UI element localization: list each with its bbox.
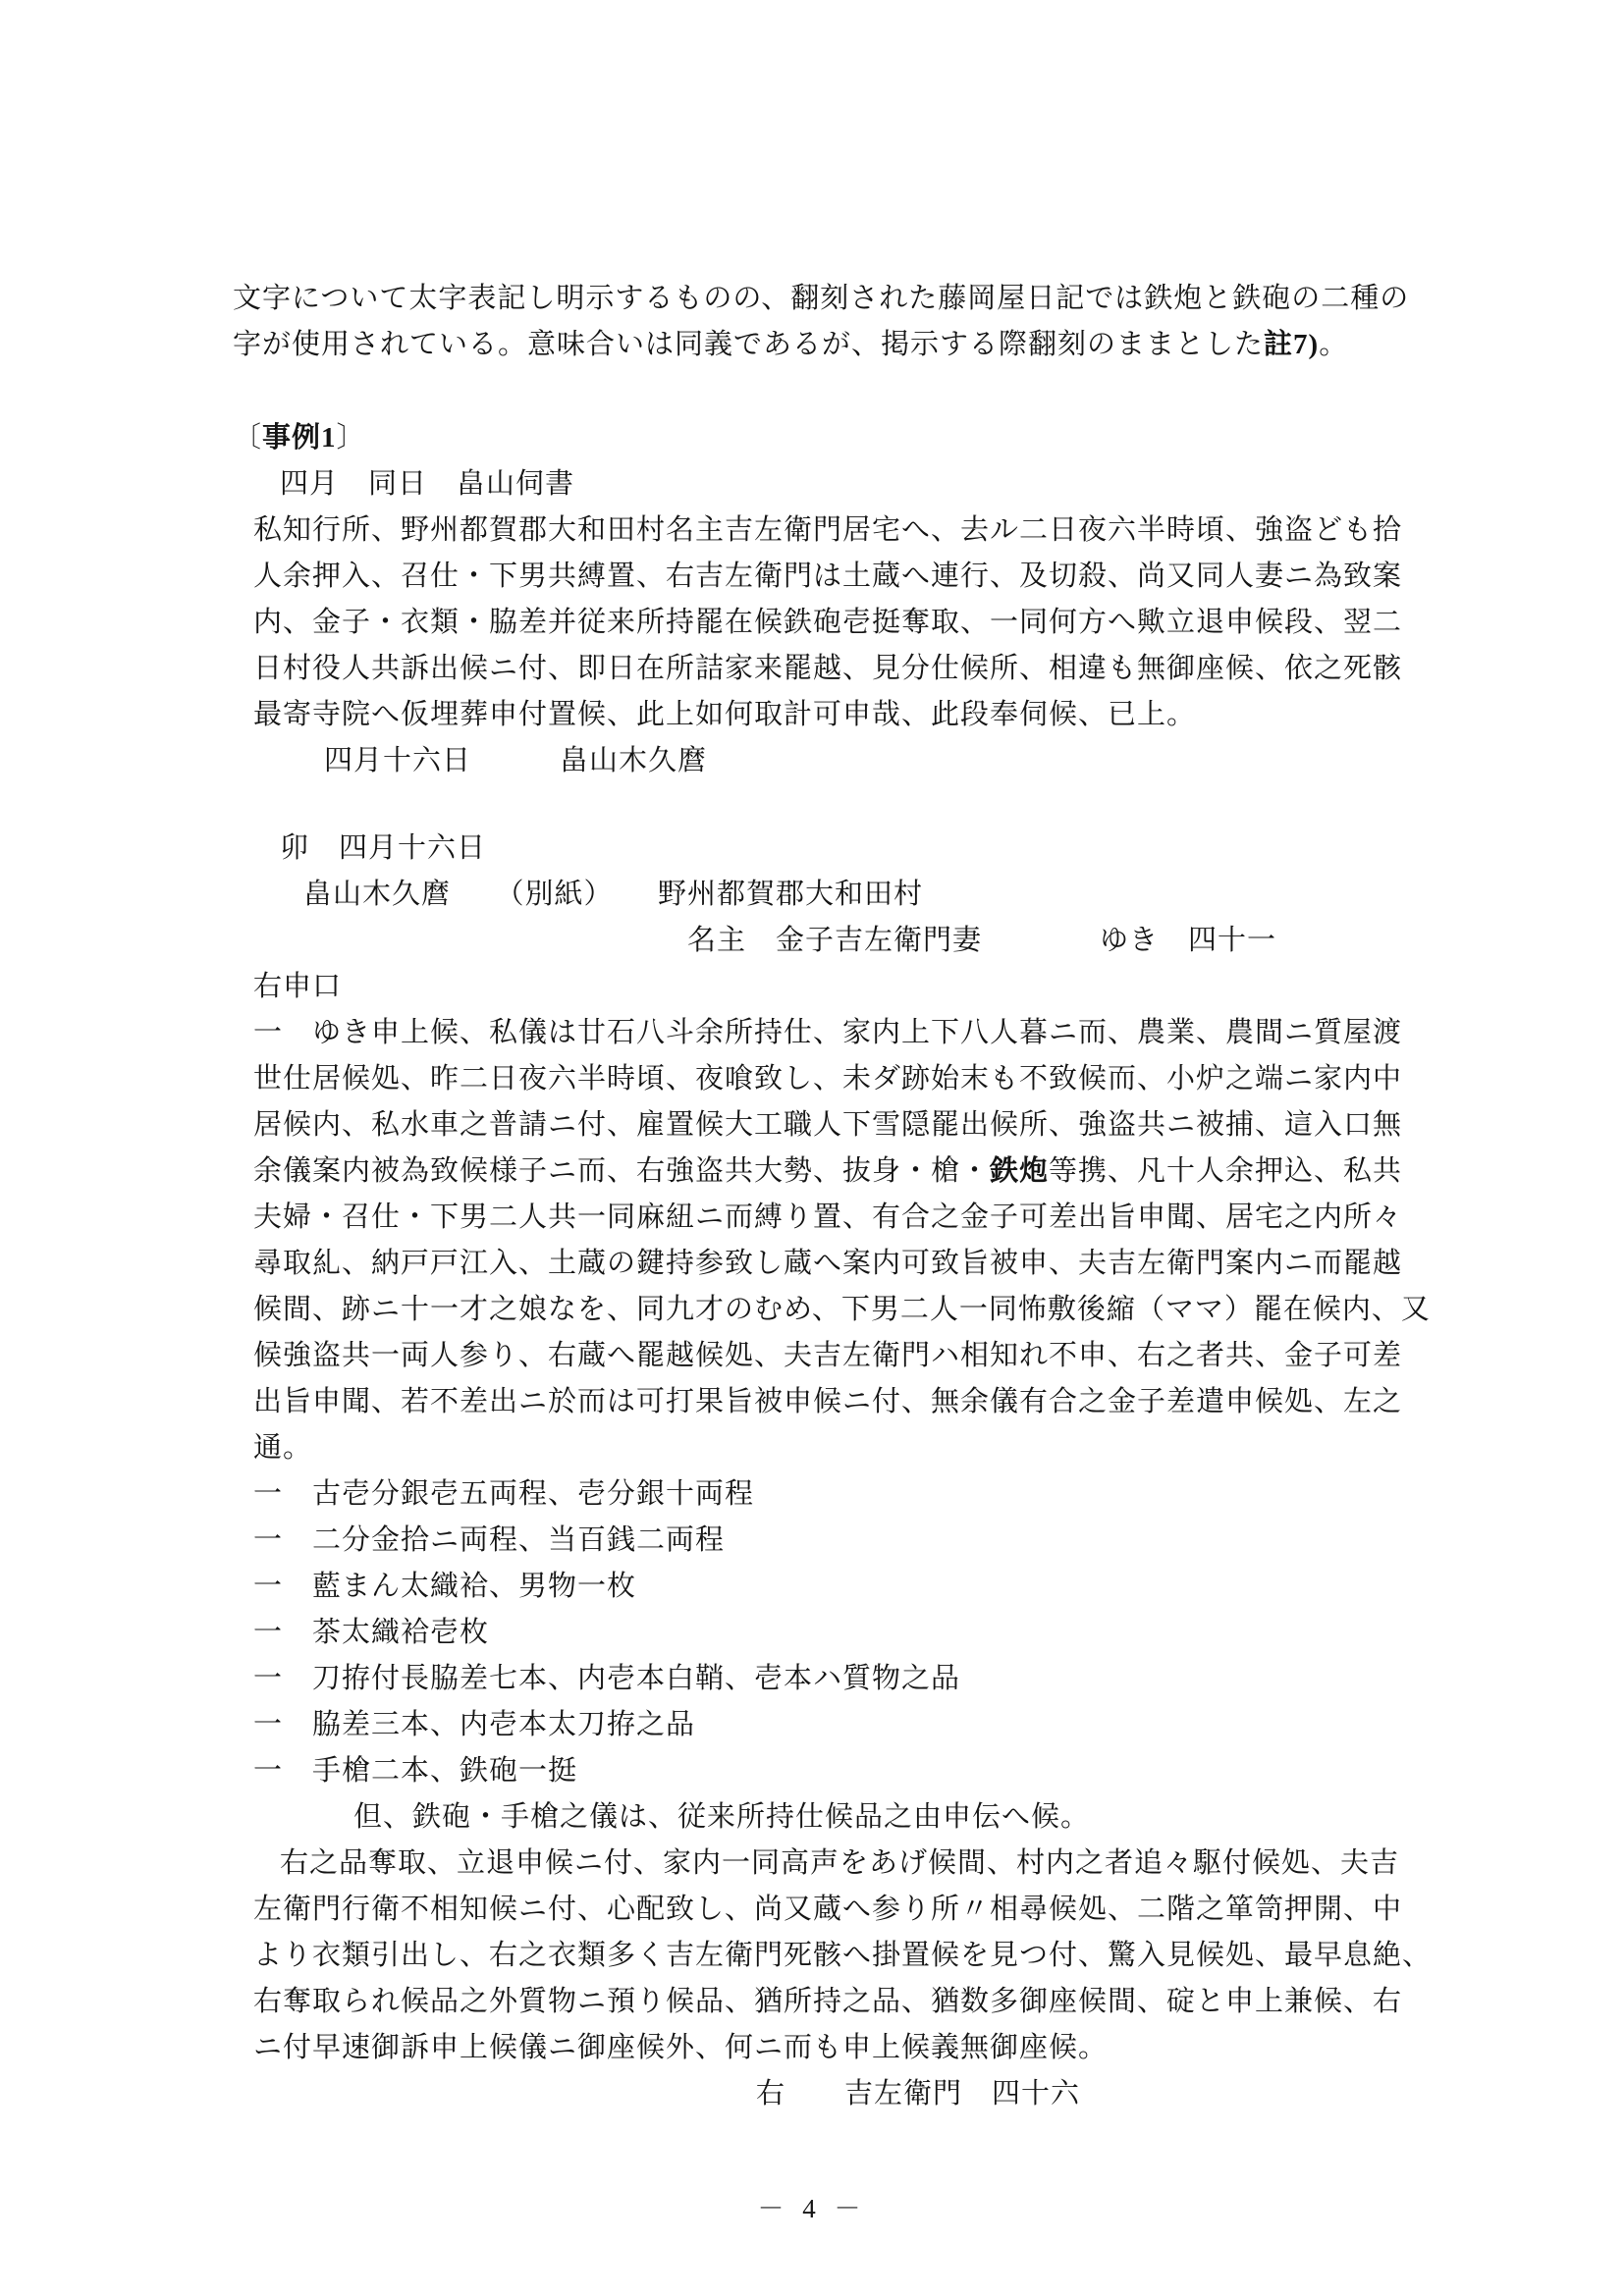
case-heading: 〔事例1〕 <box>233 415 1421 461</box>
text-line: 通。 <box>233 1425 1421 1471</box>
text-run: 余儀案内被為致候様子ニ而、右強盗共大勢、抜身・槍・ <box>253 1155 990 1187</box>
list-item: 一 手槍二本、鉄砲一挺 <box>233 1748 1421 1794</box>
list-item: 一 藍まん太織袷、男物一枚 <box>233 1564 1421 1610</box>
document-page: 文字について太字表記し明示するものの、翻刻された藤岡屋日記では鉄炮と鉄砲の二種の… <box>0 0 1624 2296</box>
text-run: 等携、凡十人余押込、私共 <box>1049 1155 1402 1187</box>
list-item: 一 二分金拾ニ両程、当百銭二両程 <box>233 1518 1421 1564</box>
text-line: 最寄寺院へ仮埋葬申付置候、此上如何取計可申哉、此段奉伺候、已上。 <box>233 692 1421 738</box>
text-line: 尋取糺、納戸戸江入、土蔵の鍵持参致し蔵へ案内可致旨被申、夫吉左衛門案内ニ而罷越 <box>233 1241 1421 1287</box>
document-body: 文字について太字表記し明示するものの、翻刻された藤岡屋日記では鉄炮と鉄砲の二種の… <box>233 276 1421 2117</box>
text-line: 私知行所、野州都賀郡大和田村名主吉左衛門居宅へ、去ル二日夜六半時頃、強盗ども拾 <box>233 507 1421 554</box>
text-line: 日村役人共訴出候ニ付、即日在所詰家来罷越、見分仕候所、相違も無御座候、依之死骸 <box>233 646 1421 692</box>
page-number: － 4 － <box>0 2187 1624 2225</box>
text-run: 。 <box>1319 329 1348 360</box>
bracket: 〔 <box>233 422 262 454</box>
list-item: 一 古壱分銀壱五両程、壱分銀十両程 <box>233 1471 1421 1518</box>
text-line: 候間、跡ニ十一才之娘なを、同九才のむめ、下男二人一同怖敷後縮（ママ）罷在候内、又 <box>233 1287 1421 1333</box>
text-line: 右之品奪取、立退申候ニ付、家内一同高声をあげ候間、村内之者追々駆付候処、夫吉 <box>233 1841 1421 1887</box>
list-item: 一 刀拵付長脇差七本、内壱本白鞘、壱本ハ質物之品 <box>233 1656 1421 1702</box>
text-run: 字が使用されている。意味合いは同義であるが、掲示する際翻刻のままとした <box>233 329 1264 360</box>
text-line: 左衛門行衛不相知候ニ付、心配致し、尚又蔵へ参り所〃相尋候処、二階之箪笥押開、中 <box>233 1887 1421 1933</box>
statement-signature-line: 右 吉左衛門 四十六 <box>233 2071 1421 2117</box>
text-line: 人余押入、召仕・下男共縛置、右吉左衛門は土蔵へ連行、及切殺、尚又同人妻ニ為致案 <box>233 554 1421 600</box>
text-line: 字が使用されている。意味合いは同義であるが、掲示する際翻刻のままとした註7)。 <box>233 322 1421 368</box>
text-line: 世仕居候処、昨二日夜六半時頃、夜喰致し、未ダ跡始末も不致候而、小炉之端ニ家内中 <box>233 1056 1421 1102</box>
list-item: 一 脇差三本、内壱本太刀拵之品 <box>233 1702 1421 1748</box>
statement-date-line: 卯 四月十六日 <box>233 826 1421 872</box>
case-title: 事例1 <box>262 422 337 454</box>
text-line: より衣類引出し、右之衣類多く吉左衛門死骸へ掛置候を見つ付、驚入見候処、最早息絶、 <box>233 1933 1421 1979</box>
petition-heading: 四月 同日 畠山伺書 <box>233 461 1421 507</box>
text-line: 候強盗共一両人参り、右蔵へ罷越候処、夫吉左衛門ハ相知れ不申、右之者共、金子可差 <box>233 1333 1421 1379</box>
note-line: 但、鉄砲・手槍之儀は、従来所持仕候品之由申伝へ候。 <box>233 1794 1421 1841</box>
text-line: 文字について太字表記し明示するものの、翻刻された藤岡屋日記では鉄炮と鉄砲の二種の <box>233 276 1421 322</box>
text-line: 余儀案内被為致候様子ニ而、右強盗共大勢、抜身・槍・鉄炮等携、凡十人余押込、私共 <box>233 1148 1421 1195</box>
text-line: 一 ゆき申上候、私儀は廿石八斗余所持仕、家内上下八人暮ニ而、農業、農間ニ質屋渡 <box>233 1010 1421 1056</box>
emphasized-term: 鉄炮 <box>990 1155 1049 1187</box>
text-line: 出旨申聞、若不差出ニ於而は可打果旨被申候ニ付、無余儀有合之金子差遣申候処、左之 <box>233 1379 1421 1425</box>
text-line: 居候内、私水車之普請ニ付、雇置候大工職人下雪隠罷出候所、強盗共ニ被捕、這入口無 <box>233 1102 1421 1148</box>
text-line: 右奪取られ候品之外質物ニ預り候品、猶所持之品、猶数多御座候間、碇と申上兼候、右 <box>233 1979 1421 2025</box>
statement-label: 右申口 <box>233 964 1421 1010</box>
date-signature-line: 四月十六日 畠山木久麿 <box>233 738 1421 784</box>
text-line: 内、金子・衣類・脇差并従来所持罷在候鉄砲壱挺奪取、一同何方へ歟立退申候段、翌二 <box>233 600 1421 646</box>
bracket: 〕 <box>337 422 366 454</box>
statement-addressee-line: 名主 金子吉左衛門妻 ゆき 四十一 <box>233 918 1421 964</box>
footnote-ref: 註7) <box>1264 329 1319 360</box>
list-item: 一 茶太織袷壱枚 <box>233 1610 1421 1656</box>
text-line: 夫婦・召仕・下男二人共一同麻紐ニ而縛り置、有合之金子可差出旨申聞、居宅之内所々 <box>233 1195 1421 1241</box>
text-line: ニ付早速御訴申上候儀ニ御座候外、何ニ而も申上候義無御座候。 <box>233 2025 1421 2071</box>
statement-sender-line: 畠山木久麿 （別紙） 野州都賀郡大和田村 <box>233 872 1421 918</box>
